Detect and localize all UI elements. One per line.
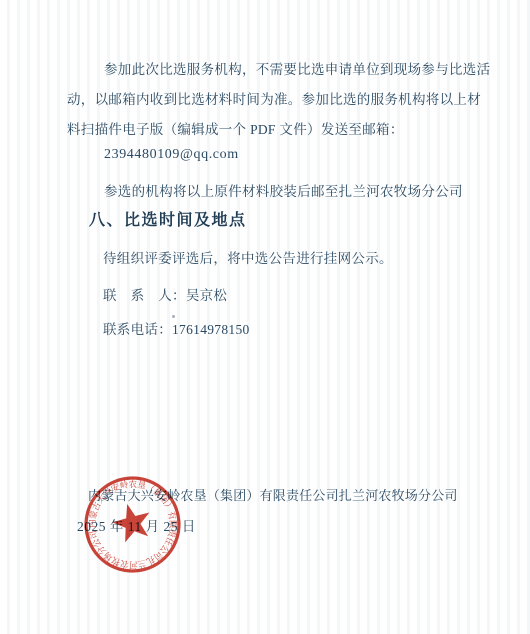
contact-person-name: 吴京松: [186, 288, 227, 303]
signature-company: 内蒙古大兴安岭农垦（集团）有限责任公司扎兰河农牧场分公司: [88, 488, 458, 504]
contact-phone-line: 联系电话：17614978150: [103, 322, 250, 338]
ink-speck: [172, 315, 175, 318]
section-heading: 八、比选时间及地点: [89, 213, 247, 229]
intro-line-2: 动，以邮箱内收到比选材料时间为准。参加比选的服务机构将以上材: [67, 92, 481, 108]
intro-line-3: 料扫描件电子版（编辑成一个 PDF 文件）发送至邮箱：: [67, 122, 404, 138]
document-page: 参加此次比选服务机构，不需要比选申请单位到现场参与比选活 动，以邮箱内收到比选材…: [0, 0, 530, 634]
contact-person-line: 联 系 人：吴京松: [103, 288, 227, 304]
section-body: 待组织评委评选后，将中选公告进行挂网公示。: [103, 251, 393, 267]
contact-phone-number: 17614978150: [172, 322, 250, 337]
signature-date: 2025 年 11 月 25 日: [77, 519, 196, 535]
contact-phone-label: 联系电话：: [103, 322, 172, 337]
intro-line-1: 参加此次比选服务机构，不需要比选申请单位到现场参与比选活: [104, 62, 490, 78]
contact-person-label: 联 系 人：: [103, 288, 186, 303]
email-address: 2394480109@qq.com: [104, 147, 239, 163]
mailing-note: 参选的机构将以上原件材料胶装后邮至扎兰河农牧场分公司: [104, 184, 463, 200]
